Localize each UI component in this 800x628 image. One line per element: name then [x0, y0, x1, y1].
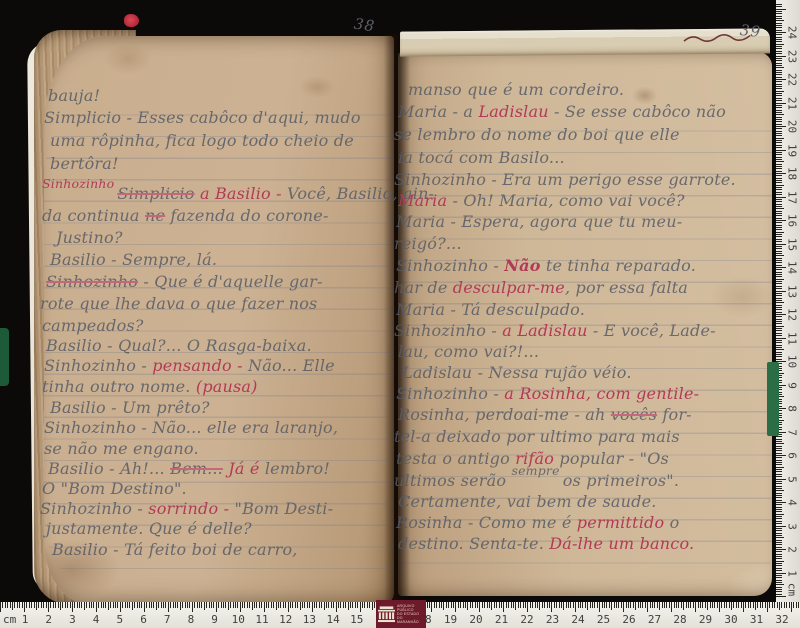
ruler-tick [776, 204, 782, 205]
ruler-tick [357, 602, 358, 608]
ruler-number: 5 [786, 471, 799, 487]
ruler-tick [662, 602, 663, 608]
ruler-tick [592, 602, 593, 608]
ruler-tick [776, 232, 784, 233]
ruler-tick [796, 602, 797, 608]
ruler-tick [791, 602, 792, 612]
ruler-tick [161, 602, 162, 608]
ruler-tick [530, 602, 531, 608]
ruler-tick [427, 602, 428, 608]
ruler-tick [431, 602, 432, 612]
ruler-tick [776, 521, 782, 522]
ruler-tick [671, 602, 672, 612]
manuscript-line: Maria - Tá desculpado. [396, 302, 585, 318]
ruler-tick [776, 488, 782, 489]
ruler-tick [187, 602, 188, 608]
ruler-tick [776, 302, 784, 303]
ruler-tick [776, 333, 782, 334]
ruler-number: 9 [786, 377, 799, 393]
ruler-tick [776, 471, 782, 472]
ruler-tick [776, 450, 782, 451]
ruler-tick [776, 272, 782, 273]
ruler-tick [776, 34, 782, 35]
ruler-tick [776, 72, 782, 73]
manuscript-segment: O "Bom Destino". [42, 479, 187, 498]
ruler-number: 1 [786, 565, 799, 581]
ruler-tick [776, 135, 782, 136]
ruler-tick [79, 602, 80, 608]
green-cloth-patch-right [767, 362, 779, 436]
ruler-tick [776, 309, 782, 310]
ruler-number: 32 [775, 613, 788, 626]
ruler-tick [292, 602, 293, 608]
manuscript-segment: - Se esse cabôco não [549, 102, 726, 121]
ruler-tick [340, 602, 341, 608]
manuscript-segment: bertôra! [50, 154, 119, 173]
ruler-tick [173, 602, 174, 608]
ruler-tick [776, 330, 782, 331]
left-page-number: 38 [353, 15, 376, 36]
ruler-tick [659, 602, 660, 610]
ruler-tick [776, 77, 782, 78]
ruler-tick [776, 145, 782, 146]
ruler-tick [776, 323, 782, 324]
ruler-tick [84, 602, 85, 610]
ruler-tick [273, 602, 274, 608]
ruler-tick [776, 88, 782, 89]
ruler-tick [693, 602, 694, 608]
ruler-tick [750, 602, 751, 608]
ruler-tick [360, 602, 361, 612]
manuscript-segment: , por essa falta [565, 278, 688, 297]
ruler-tick [374, 602, 375, 608]
ruler-tick [776, 565, 782, 566]
ruler-tick [578, 602, 579, 608]
ruler-tick [776, 497, 782, 498]
ruler-tick [22, 602, 23, 608]
ruler-tick [776, 51, 782, 52]
manuscript-segment: se não me engano. [44, 439, 199, 458]
ruler-tick [348, 602, 349, 610]
ruler-tick [475, 602, 476, 608]
ruler-tick [496, 602, 497, 608]
ruler-tick [755, 602, 756, 610]
ruler-tick [776, 446, 782, 447]
manuscript-line: Certamente, vai bem de saude. [398, 494, 657, 510]
ruler-number: 22 [786, 72, 799, 88]
manuscript-segment: te tinha reparado. [541, 256, 696, 275]
ruler-tick [314, 602, 315, 608]
ruler-tick [34, 602, 35, 608]
ruler-tick [776, 222, 782, 223]
ruler-tick [776, 150, 786, 151]
ruler-tick [776, 194, 782, 195]
ruler-tick [146, 602, 147, 608]
ruler-tick [776, 354, 782, 355]
ruler-tick [230, 602, 231, 608]
ruler-tick [585, 602, 586, 608]
ruler-tick [295, 602, 296, 608]
ruler-tick [520, 602, 521, 608]
manuscript-line: Basilio - Um prêto? [50, 400, 210, 416]
ruler-tick [0, 602, 1, 612]
ruler-tick [776, 279, 784, 280]
ruler-tick [776, 526, 786, 527]
ruler-tick [776, 502, 786, 503]
ruler-tick [776, 220, 786, 221]
ruler-tick [776, 218, 782, 219]
ruler-tick [760, 602, 761, 608]
ruler-tick [748, 602, 749, 608]
ruler-tick [151, 602, 152, 608]
ruler-tick [772, 602, 773, 608]
ruler-tick [372, 602, 373, 610]
ruler-number: 14 [326, 613, 339, 626]
ruler-tick [776, 575, 782, 576]
ruler-tick [776, 117, 782, 118]
ruler-number: 4 [93, 613, 100, 626]
ruler-tick [776, 98, 782, 99]
ruler-tick [192, 602, 193, 612]
manuscript-segment: popular - "Os [554, 449, 669, 468]
ruler-tick [513, 602, 514, 608]
ruler-tick [776, 479, 786, 480]
ruler-tick [355, 602, 356, 608]
manuscript-segment: Justino? [56, 228, 123, 247]
ruler-tick [642, 602, 643, 608]
ruler-tick [776, 286, 782, 287]
ruler-tick [484, 602, 485, 608]
ruler-tick [776, 157, 782, 158]
ruler-tick [776, 265, 782, 266]
ruler-tick [776, 86, 782, 87]
ruler-tick [573, 602, 574, 608]
manuscript-segment: reigó?... [394, 234, 462, 253]
ruler-tick [776, 60, 782, 61]
ruler-number: 31 [750, 613, 763, 626]
ruler-tick [309, 602, 310, 608]
ruler-tick [776, 573, 786, 574]
manuscript-segment: ia tocá com Basilo... [398, 148, 565, 167]
ruler-tick [729, 602, 730, 608]
ruler-tick [213, 602, 214, 608]
ruler-tick [776, 547, 782, 548]
ruler-tick [776, 58, 782, 59]
ruler-tick [776, 100, 782, 101]
ruler-tick [206, 602, 207, 608]
manuscript-segment: lau, como vai?!... [398, 342, 539, 361]
ruler-tick [776, 152, 782, 153]
ruler-tick [776, 74, 782, 75]
ruler-number: 23 [786, 48, 799, 64]
manuscript-segment: lembro! [265, 459, 330, 478]
ruler-number: 11 [786, 330, 799, 346]
ruler-tick [628, 602, 629, 608]
manuscript-segment: Maria - a [398, 102, 478, 121]
ruler-tick [776, 229, 782, 230]
manuscript-line: Justino? [56, 230, 123, 246]
ruler-tick [168, 602, 169, 612]
ruler-tick [307, 602, 308, 608]
ruler-tick [776, 131, 782, 132]
ruler-tick [776, 570, 782, 571]
ruler-tick [676, 602, 677, 608]
manuscript-line: Maria - a Ladislau - Se esse cabôco não [398, 104, 726, 120]
ruler-number: 16 [786, 213, 799, 229]
ruler-tick [204, 602, 205, 610]
ruler-tick [345, 602, 346, 608]
manuscript-segment: manso que é um cordeiro. [408, 80, 624, 99]
ruler-tick [769, 602, 770, 608]
manuscript-segment: Dá-lhe um banco. [549, 534, 694, 553]
ruler-number: 10 [786, 354, 799, 370]
ruler-tick [254, 602, 255, 608]
ruler-tick [86, 602, 87, 608]
ruler-tick [776, 537, 784, 538]
ruler-tick [776, 321, 782, 322]
ruler-tick [108, 602, 109, 610]
ruler-tick [776, 180, 782, 181]
manuscript-segment: Basilio - Um prêto? [50, 398, 210, 417]
ruler-number: 4 [786, 495, 799, 511]
manuscript-segment: - E você, Lade- [588, 321, 716, 340]
ruler-tick [793, 602, 794, 608]
ruler-tick [698, 602, 699, 608]
ruler-tick [776, 267, 786, 268]
ruler-tick [776, 338, 786, 339]
ruler-tick [599, 602, 600, 612]
ruler-tick [776, 507, 782, 508]
manuscript-segment: "Bom Desti- [235, 499, 334, 518]
ruler-tick [776, 201, 782, 202]
ruler-tick [712, 602, 713, 608]
ruler-tick [611, 602, 612, 610]
ruler-tick [765, 602, 766, 608]
ruler-tick [105, 602, 106, 608]
ruler-tick [362, 602, 363, 608]
ruler-tick [776, 16, 782, 17]
ruler-tick [338, 602, 339, 608]
ruler-tick [141, 602, 142, 608]
ruler-tick [776, 558, 782, 559]
ruler-number: 5 [116, 613, 123, 626]
ruler-tick [117, 602, 118, 608]
ruler-tick [776, 41, 782, 42]
ruler-tick [201, 602, 202, 608]
ruler-number: 15 [786, 236, 799, 252]
manuscript-line: Basilio - Qual?... O Rasga-baixa. [46, 338, 312, 354]
ruler-tick [784, 602, 785, 608]
ruler-tick [776, 260, 782, 261]
manuscript-segment: Não [504, 256, 540, 275]
ruler-tick [776, 462, 782, 463]
ruler-tick [776, 584, 784, 585]
ruler-tick [62, 602, 63, 608]
ruler-tick [630, 602, 631, 608]
manuscript-segment: Rosinha, perdoai-me - ah [398, 405, 611, 424]
manuscript-line: Sinhozinho - Era um perigo esse garrote. [394, 172, 736, 188]
ruler-tick [776, 133, 782, 134]
ruler-tick [463, 602, 464, 608]
ruler-tick [776, 79, 786, 80]
ruler-tick [776, 255, 784, 256]
ruler-tick [218, 602, 219, 608]
ruler-number: 13 [786, 283, 799, 299]
building-icon [378, 606, 395, 623]
ruler-tick [96, 602, 97, 612]
manuscript-segment: rote que lhe dava o que fazer nos [40, 294, 317, 313]
ruler-tick [17, 602, 18, 608]
manuscript-line: se lembro do nome do boi que elle [394, 127, 680, 143]
manuscript-segment: Já é [223, 459, 265, 478]
ruler-tick [779, 602, 780, 610]
ruler-tick [587, 602, 588, 610]
ruler-tick [549, 602, 550, 608]
manuscript-segment: Sinhozinho - [396, 256, 504, 275]
ruler-tick [776, 551, 782, 552]
ruler-tick [467, 602, 468, 610]
ruler-tick [724, 602, 725, 608]
ruler-number: 22 [520, 613, 533, 626]
right-ruler: cm12345678910111213141516171819202122232… [776, 0, 800, 602]
ruler-tick [776, 540, 782, 541]
ruler-tick [46, 602, 47, 608]
ruler-tick [776, 18, 782, 19]
ruler-tick [156, 602, 157, 610]
ruler-tick [189, 602, 190, 608]
ruler-tick [776, 542, 782, 543]
ruler-tick [731, 602, 732, 610]
ruler-tick [103, 602, 104, 608]
ruler-tick [717, 602, 718, 608]
ruler-tick [448, 602, 449, 608]
ruler-tick [489, 602, 490, 608]
ruler-tick [776, 356, 782, 357]
manuscript-line: ultimos serão sempreos primeiros". [394, 473, 679, 489]
ruler-tick [197, 602, 198, 608]
ruler-number: 25 [597, 613, 610, 626]
manuscript-segment: Rosinha - Como me é [396, 513, 577, 532]
ruler-tick [477, 602, 478, 608]
ruler-tick [776, 93, 782, 94]
ruler-tick [609, 602, 610, 608]
ruler-tick [776, 283, 782, 284]
ruler-tick [297, 602, 298, 608]
manuscript-segment: Não... Elle [248, 356, 335, 375]
ruler-tick [14, 602, 15, 608]
ruler-tick [776, 483, 782, 484]
manuscript-segment: destino. Senta-te. [398, 534, 549, 553]
ruler-tick [209, 602, 210, 608]
ruler-tick [7, 602, 8, 608]
ruler-tick [650, 602, 651, 608]
ruler-tick [776, 262, 782, 263]
ruler-tick [776, 533, 782, 534]
manuscript-line: tinha outro nome. (pausa) [42, 379, 258, 395]
ruler-tick [503, 602, 504, 612]
ruler-tick [487, 602, 488, 608]
ruler-tick [776, 455, 786, 456]
ruler-tick [582, 602, 583, 608]
ruler-tick [55, 602, 56, 608]
ruler-number: 28 [673, 613, 686, 626]
manuscript-line: destino. Senta-te. Dá-lhe um banco. [398, 536, 694, 552]
ruler-tick [635, 602, 636, 610]
ruler-tick [776, 91, 784, 92]
ruler-tick [551, 602, 552, 612]
ruler-number: 24 [571, 613, 584, 626]
ruler-tick [776, 208, 784, 209]
ruler-tick [686, 602, 687, 608]
ruler-tick [776, 316, 782, 317]
manuscript-line: da continua ne fazenda do corone- [42, 208, 329, 224]
manuscript-segment: Basilio - Ah!... [48, 459, 170, 478]
manuscript-line: Basilio - Ah!... Bem... Já é lembro! [48, 461, 330, 477]
ruler-tick [175, 602, 176, 608]
ruler-tick [645, 602, 646, 608]
ruler-tick [776, 37, 782, 38]
ruler-tick [776, 197, 786, 198]
ruler-tick [523, 602, 524, 608]
ruler-tick [776, 95, 782, 96]
ruler-tick [776, 345, 782, 346]
ruler-tick [70, 602, 71, 608]
ruler-tick [125, 602, 126, 608]
ruler-tick [446, 602, 447, 608]
manuscript-line: Simplicio - Esses cabôco d'aqui, mudo [44, 110, 361, 126]
ruler-tick [776, 154, 782, 155]
ruler-tick [776, 563, 782, 564]
ruler-tick [137, 602, 138, 608]
ruler-tick [134, 602, 135, 608]
manuscript-segment: justamente. Que é delle? [46, 519, 252, 538]
ruler-tick [594, 602, 595, 608]
ruler-tick [776, 535, 782, 536]
ruler-tick [776, 4, 782, 5]
ruler-tick [271, 602, 272, 608]
ruler-tick [185, 602, 186, 608]
ruler-tick [575, 602, 576, 612]
ruler-tick [264, 602, 265, 612]
manuscript-segment: Maria - Espera, agora que tu meu- [396, 212, 682, 231]
ruler-tick [434, 602, 435, 608]
bottom-ruler-unit-label: cm [3, 613, 16, 626]
ruler-tick [776, 582, 782, 583]
ruler-tick [436, 602, 437, 608]
ruler-tick [776, 253, 782, 254]
manuscript-segment: testa o antigo [396, 449, 515, 468]
ruler-tick [776, 114, 784, 115]
ruler-tick [776, 300, 782, 301]
ruler-tick [300, 602, 301, 610]
ruler-tick [776, 293, 782, 294]
ruler-tick [74, 602, 75, 608]
manuscript-line: Ladislau - Nessa rujão véio. [402, 365, 632, 381]
ruler-tick [776, 187, 782, 188]
manuscript-line: bauja! [48, 88, 100, 104]
ruler-tick [776, 227, 782, 228]
ruler-tick [352, 602, 353, 608]
ruler-tick [132, 602, 133, 610]
manuscript-segment: a Rosinha, com gentile- [504, 384, 699, 403]
ruler-tick [776, 185, 784, 186]
manuscript-line: manso que é um cordeiro. [408, 82, 624, 98]
ruler-tick [460, 602, 461, 608]
manuscript-segment: pensando - [152, 356, 248, 375]
ruler-tick [776, 147, 782, 148]
ruler-tick [777, 602, 778, 608]
ruler-number: 11 [255, 613, 268, 626]
